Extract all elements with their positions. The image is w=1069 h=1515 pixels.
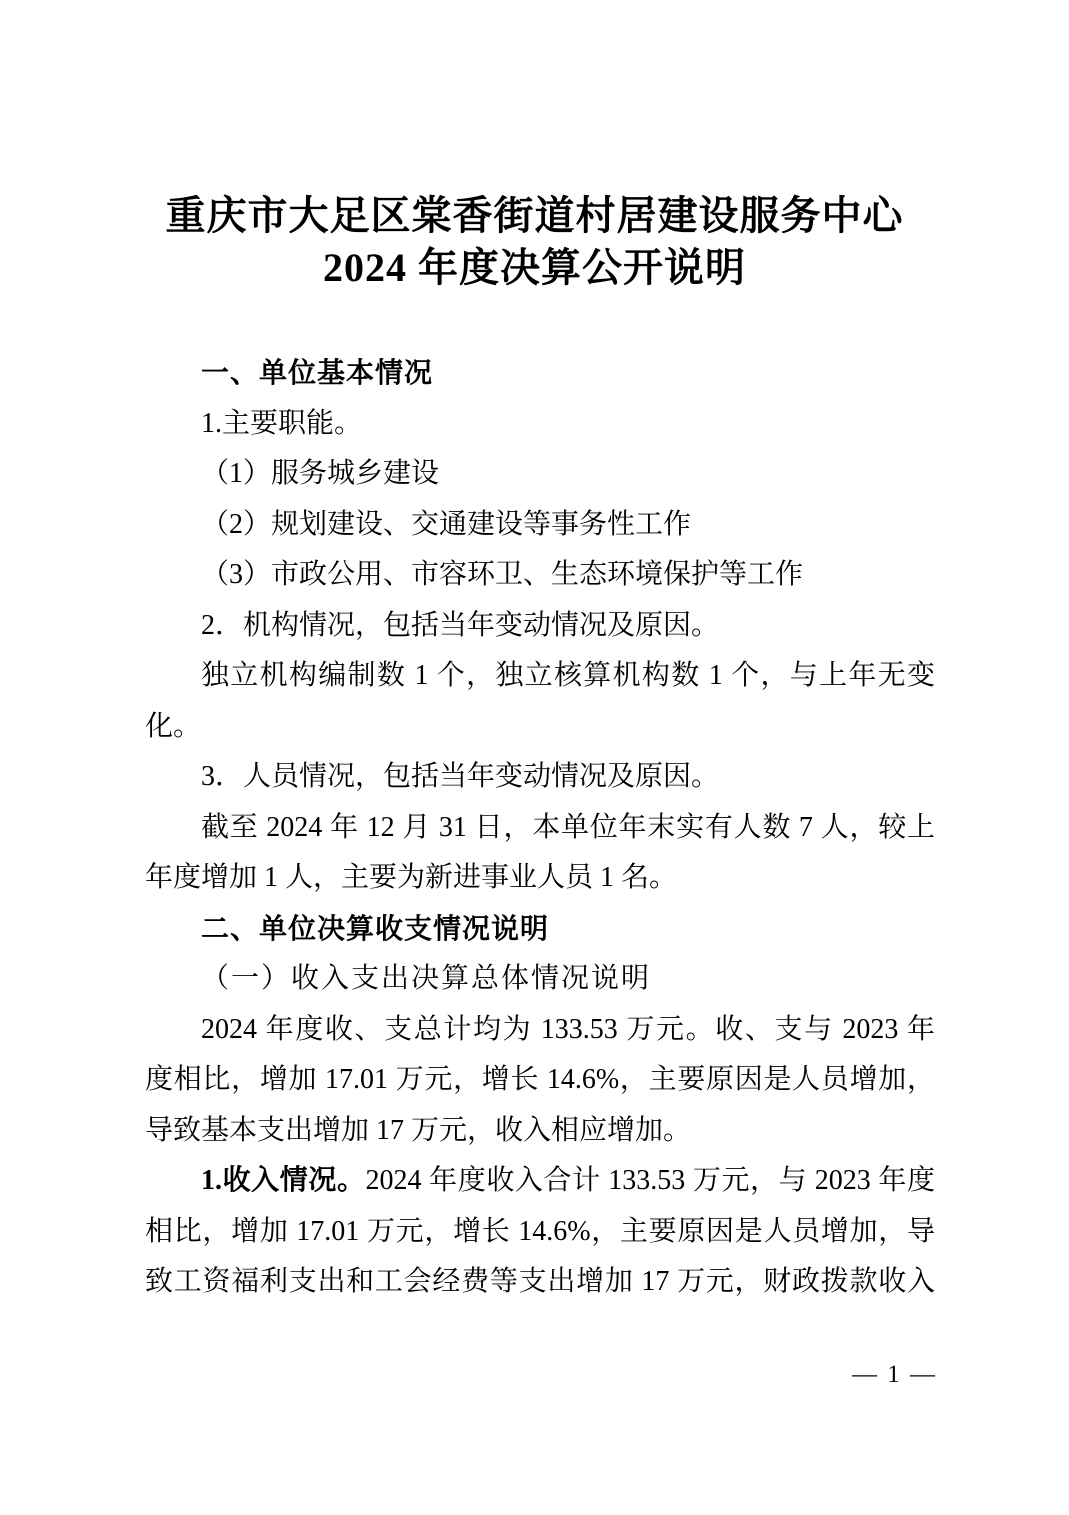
paragraph-total-line1: 2024 年度收、支总计均为 133.53 万元。收、支与 2023 年 — [145, 1005, 935, 1056]
paragraph-income-line2: 相比，增加 17.01 万元，增长 14.6%，主要原因是人员增加，导 — [145, 1207, 935, 1258]
paragraph-function-item-3: （3）市政公用、市容环卫、生态环境保护等工作 — [145, 550, 935, 601]
paragraph-personnel-situation: 3．人员情况，包括当年变动情况及原因。 — [145, 752, 935, 803]
section-heading-1: 一、单位基本情况 — [145, 348, 935, 399]
paragraph-personnel-detail-line2: 年度增加 1 人，主要为新进事业人员 1 名。 — [145, 853, 935, 904]
paragraph-personnel-detail-line1: 截至 2024 年 12 月 31 日，本单位年末实有人数 7 人，较上 — [145, 803, 935, 854]
paragraph-org-detail-line2: 化。 — [145, 702, 935, 753]
section-heading-2: 二、单位决算收支情况说明 — [145, 904, 935, 955]
income-line1-rest: 2024 年度收入合计 133.53 万元，与 2023 年度 — [366, 1165, 935, 1196]
document-title: 重庆市大足区棠香街道村居建设服务中心 2024 年度决算公开说明 — [0, 190, 1069, 294]
paragraph-income-line3: 致工资福利支出和工会经费等支出增加 17 万元，财政拨款收入 — [145, 1257, 935, 1308]
paragraph-org-detail-line1: 独立机构编制数 1 个，独立核算机构数 1 个，与上年无变 — [145, 651, 935, 702]
paragraph-total-line3: 导致基本支出增加 17 万元，收入相应增加。 — [145, 1106, 935, 1157]
paragraph-org-situation: 2．机构情况，包括当年变动情况及原因。 — [145, 601, 935, 652]
paragraph-total-line2: 度相比，增加 17.01 万元，增长 14.6%，主要原因是人员增加， — [145, 1055, 935, 1106]
paragraph-main-functions: 1.主要职能。 — [145, 399, 935, 450]
paragraph-income-line1: 1.收入情况。2024 年度收入合计 133.53 万元，与 2023 年度 — [145, 1156, 935, 1207]
income-heading-bold: 1.收入情况。 — [201, 1165, 366, 1196]
paragraph-function-item-1: （1）服务城乡建设 — [145, 449, 935, 500]
document-page: 重庆市大足区棠香街道村居建设服务中心 2024 年度决算公开说明 一、单位基本情… — [0, 0, 1069, 1515]
page-number: — 1 — — [852, 1360, 937, 1390]
document-title-line1: 重庆市大足区棠香街道村居建设服务中心 — [0, 190, 1069, 242]
document-body: 一、单位基本情况 1.主要职能。 （1）服务城乡建设 （2）规划建设、交通建设等… — [145, 348, 935, 1308]
document-title-line2: 2024 年度决算公开说明 — [0, 242, 1069, 294]
paragraph-function-item-2: （2）规划建设、交通建设等事务性工作 — [145, 500, 935, 551]
subsection-heading-1: （一）收入支出决算总体情况说明 — [145, 954, 935, 1005]
